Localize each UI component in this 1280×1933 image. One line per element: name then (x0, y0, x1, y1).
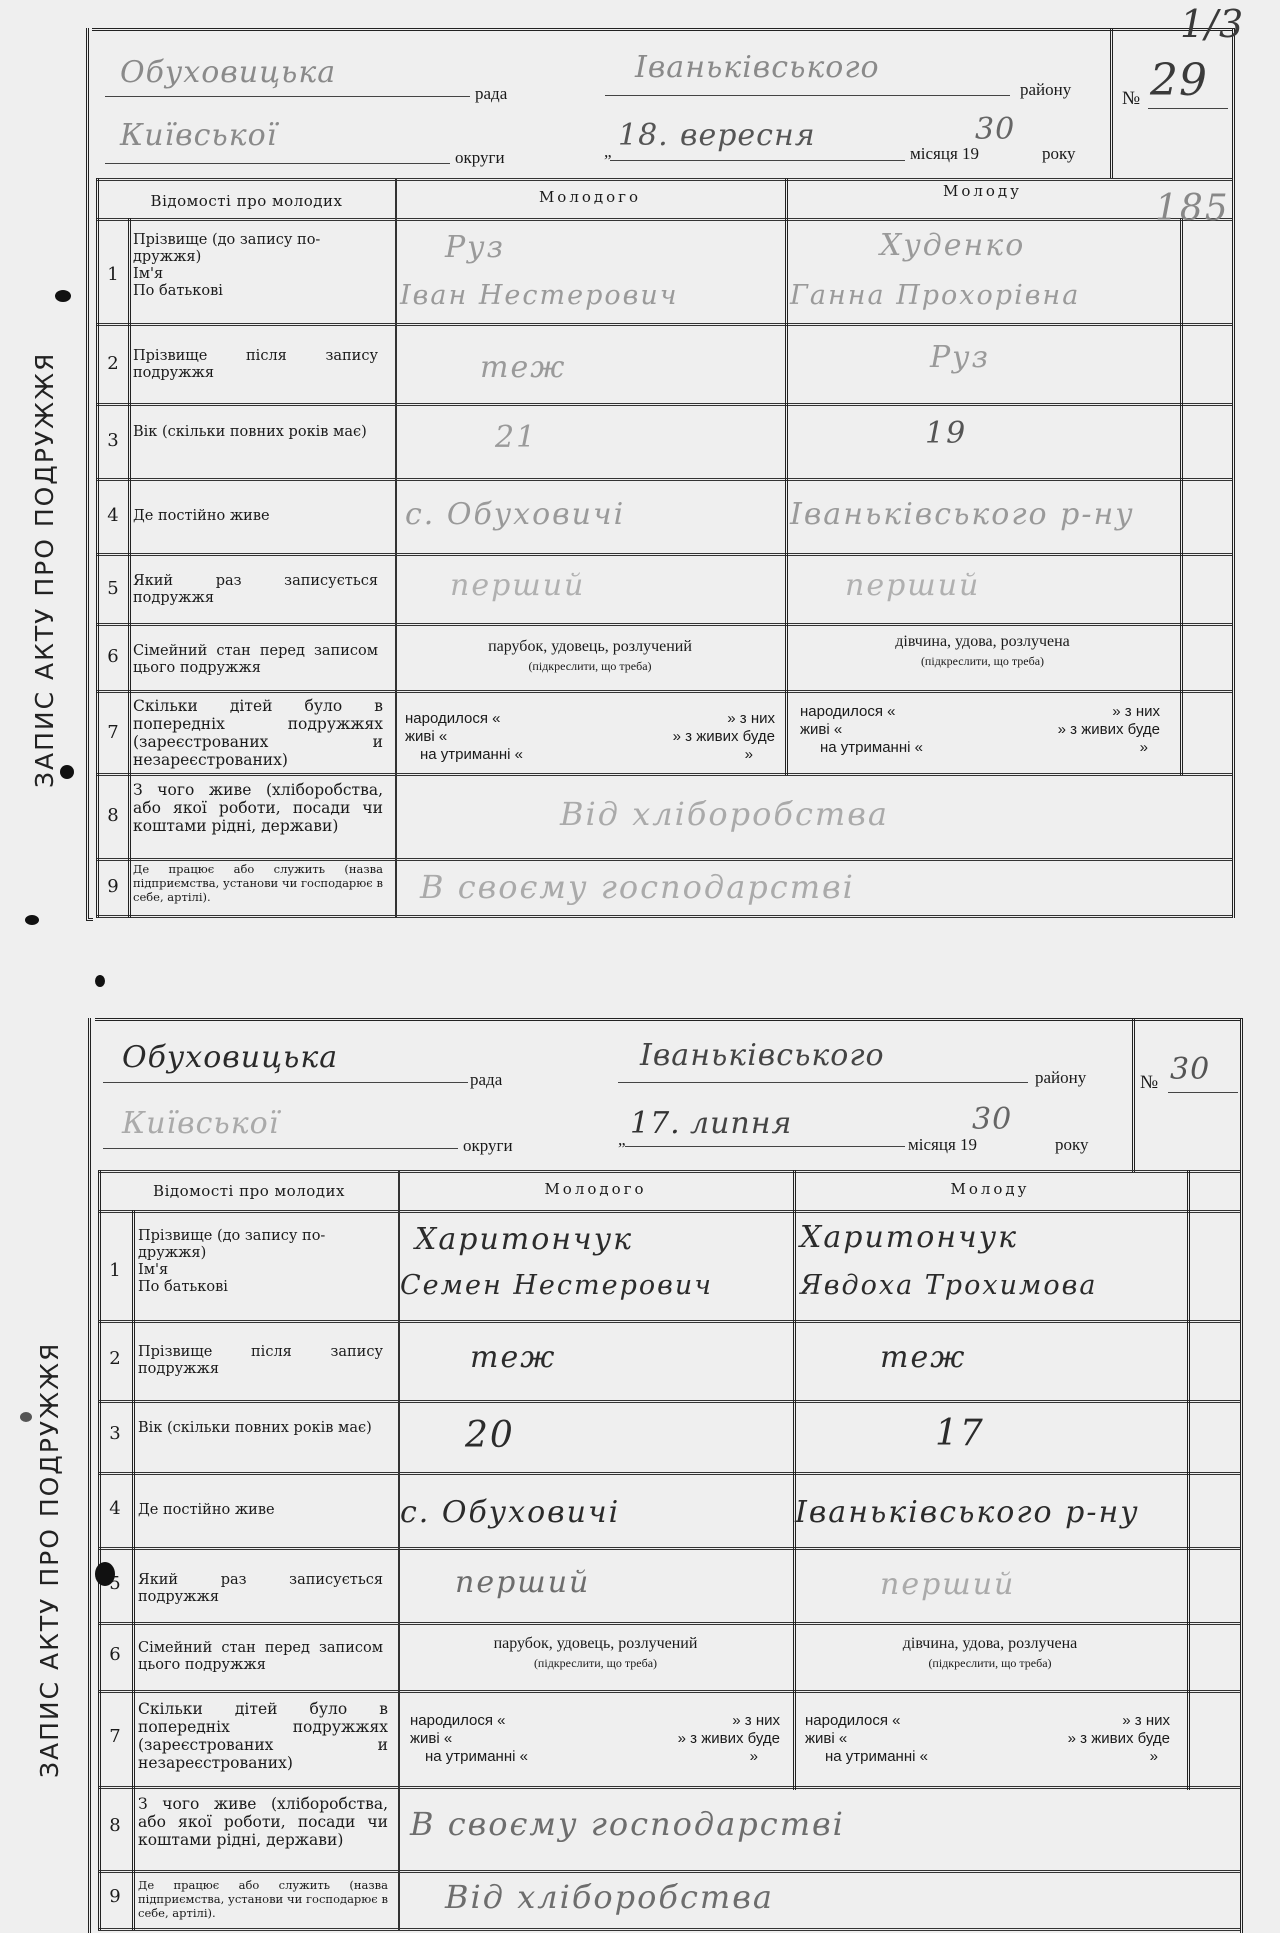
row-index: 9 (98, 876, 128, 897)
rule (98, 1690, 1240, 1693)
rule (96, 773, 1232, 776)
row-label-workplace: Де працює або служить (назва підприємств… (133, 862, 383, 904)
month-value: липня (690, 1106, 792, 1141)
corner-mark: 1/3 (1180, 2, 1244, 46)
underline (605, 95, 1010, 96)
groom-residence: с. Обуховичі (405, 497, 625, 532)
row-label-residence: Де постійно живе (138, 1502, 383, 1519)
district-value: Іваньківського (640, 1038, 885, 1073)
groom-age: 20 (465, 1415, 515, 1456)
misiatsia-label: місяця 19 (908, 1135, 977, 1155)
row-label-livelihood: З чого живе (хліборобства, або якої робо… (138, 1795, 388, 1849)
rule (98, 1210, 1240, 1213)
row-index: 9 (100, 1886, 130, 1907)
col-info-header: Відомості про молодих (100, 1182, 398, 1200)
ink-stain (60, 765, 74, 779)
rule (98, 1786, 1240, 1789)
rule (96, 858, 1232, 861)
day-value: 18. (618, 118, 669, 153)
col-groom-header: Молодого (395, 188, 785, 206)
rule (96, 218, 1232, 221)
divider (1187, 1170, 1190, 1790)
header-box (95, 1018, 1243, 1021)
row-label-surname-after: Прізвище після запису подружжя (133, 348, 378, 382)
divider (128, 218, 131, 918)
groom-residence: с. Обуховичі (400, 1495, 620, 1530)
record-number: 30 (1170, 1052, 1210, 1087)
region-value: Київської (120, 118, 277, 153)
row-label-surname-name: Прізвище (до запису по-дружжя) Ім'яПо ба… (133, 232, 378, 300)
record-number: 29 (1150, 55, 1208, 106)
ink-stain (25, 915, 39, 925)
side-title: ЗАПИС АКТУ ПРО ПОДРУЖЖЯ (35, 1210, 75, 1910)
col-info-header: Відомості про молодих (98, 192, 395, 210)
rule (98, 1870, 1240, 1873)
side-frame (88, 1018, 95, 1933)
groom-name: Семен Нестерович (400, 1270, 713, 1301)
okruhy-label: округи (463, 1136, 513, 1156)
rule (96, 690, 1232, 693)
row-label-livelihood: З чого живе (хліборобства, або якої робо… (133, 781, 383, 835)
bride-name: Ганна Прохорівна (790, 280, 1080, 311)
rule (98, 1622, 1240, 1625)
livelihood-value: Від хліборобства (560, 795, 889, 833)
row-label-marital-status: Сімейний стан перед записом цього подруж… (133, 643, 378, 677)
header-box (92, 28, 1235, 31)
rule (98, 1472, 1240, 1475)
row-index: 1 (100, 1260, 130, 1281)
okruhy-label: округи (455, 148, 505, 168)
council-value: Обуховицька (122, 1040, 338, 1075)
margin-mark: 185 (1155, 188, 1230, 229)
livelihood-value: В своєму господарстві (410, 1805, 845, 1843)
divider (793, 1170, 796, 1790)
bride-age: 17 (935, 1413, 985, 1454)
bride-surname: Худенко (880, 228, 1025, 263)
groom-marital-options: парубок, удовець, розлучений(підкреслити… (395, 638, 785, 674)
bride-marital-options: дівчина, удова, розлучена(підкреслити, щ… (793, 1635, 1187, 1671)
row-label-times-married: Який раз записується подружжя (138, 1572, 383, 1606)
row-index: 8 (98, 805, 128, 826)
row-index: 4 (98, 505, 128, 526)
roku-label: року (1042, 144, 1076, 164)
raionu-label: району (1020, 80, 1071, 100)
marriage-record-30: ЗАПИС АКТУ ПРО ПОДРУЖЖЯ Обуховицька рада… (0, 1010, 1280, 1933)
bride-surname-after: теж (880, 1340, 966, 1375)
rule (96, 478, 1232, 481)
groom-surname: Харитончук (415, 1222, 633, 1257)
row-label-children: Скільки дітей було в попередніх подружжя… (133, 697, 383, 769)
rule (96, 178, 1232, 181)
rule (96, 553, 1232, 556)
row-label-age: Вік (скільки повних років має) (138, 1420, 383, 1437)
side-title: ЗАПИС АКТУ ПРО ПОДРУЖЖЯ (30, 200, 70, 940)
row-label-workplace: Де працює або служить (назва підприємств… (138, 1878, 388, 1920)
rule (98, 1547, 1240, 1550)
groom-times-married: перший (450, 568, 585, 603)
underline (625, 1146, 905, 1147)
groom-surname: Руз (445, 230, 505, 265)
row-index: 7 (98, 722, 128, 743)
row-index: 6 (100, 1644, 130, 1665)
month-value: вересня (680, 118, 816, 153)
bride-times-married: перший (880, 1567, 1015, 1602)
groom-marital-options: парубок, удовець, розлучений(підкреслити… (398, 1635, 793, 1671)
rule (98, 1400, 1240, 1403)
groom-surname-after: теж (470, 1340, 556, 1375)
workplace-value: Від хліборобства (445, 1878, 774, 1916)
bride-times-married: перший (845, 568, 980, 603)
misiatsia-label: місяця 19 (910, 144, 979, 164)
year-value: 30 (972, 1102, 1012, 1137)
district-value: Іваньківського (635, 50, 880, 85)
row-label-surname-after: Прізвище після запису подружжя (138, 1344, 383, 1378)
rada-label: рада (470, 1070, 502, 1090)
row-index: 3 (100, 1423, 130, 1444)
ink-stain (95, 975, 105, 987)
row-index: 5 (98, 578, 128, 599)
underline (610, 160, 905, 161)
rule (98, 1170, 1240, 1173)
raionu-label: району (1035, 1068, 1086, 1088)
row-label-surname-name: Прізвище (до запису по-дружжя) Ім'яПо ба… (138, 1228, 383, 1296)
row-label-marital-status: Сімейний стан перед записом цього подруж… (138, 1640, 383, 1674)
rada-label: рада (475, 84, 507, 104)
row-label-children: Скільки дітей було в попередніх подружжя… (138, 1700, 388, 1772)
rule (96, 623, 1232, 626)
rule (96, 323, 1232, 326)
side-frame (86, 28, 93, 921)
bride-name: Явдоха Трохимова (800, 1270, 1097, 1301)
divider (132, 1210, 135, 1930)
workplace-value: В своєму господарстві (420, 868, 855, 906)
groom-children: народилося «» з них живі «» з живих буде… (410, 1712, 780, 1766)
divider (1132, 1018, 1135, 1173)
row-index: 3 (98, 430, 128, 451)
number-label: № (1140, 1072, 1158, 1094)
groom-name: Іван Нестерович (400, 280, 679, 311)
council-value: Обуховицька (120, 55, 336, 90)
number-label: № (1122, 88, 1140, 110)
divider (1180, 218, 1183, 775)
divider (395, 178, 397, 918)
divider (1240, 1018, 1243, 1933)
bride-children: народилося «» з них живі «» з живих буде… (800, 703, 1160, 757)
quote-mark: „ (604, 142, 612, 162)
underline (1168, 1092, 1238, 1093)
underline (103, 1148, 458, 1149)
underline (105, 96, 470, 97)
divider (1110, 28, 1113, 178)
marriage-record-29: ЗАПИС АКТУ ПРО ПОДРУЖЖЯ Обуховицька рада… (0, 0, 1280, 960)
ink-stain (20, 1412, 32, 1422)
bride-age: 19 (925, 416, 967, 451)
year-value: 30 (975, 112, 1015, 147)
rule (98, 1320, 1240, 1323)
bride-residence: Іваньківського р-ну (795, 1495, 1140, 1530)
ink-stain (55, 290, 71, 302)
bride-residence: Іваньківського р-ну (790, 497, 1135, 532)
region-value: Київської (122, 1106, 279, 1141)
row-index: 1 (98, 264, 128, 285)
rule (96, 403, 1232, 406)
underline (103, 1082, 468, 1083)
row-index: 8 (100, 1815, 130, 1836)
row-index: 4 (100, 1498, 130, 1519)
underline (618, 1082, 1028, 1083)
rule (98, 1928, 1240, 1931)
underline (1148, 108, 1228, 109)
groom-times-married: перший (455, 1565, 590, 1600)
row-index: 7 (100, 1726, 130, 1747)
row-label-age: Вік (скільки повних років має) (133, 424, 378, 441)
day-value: 17. (630, 1106, 681, 1141)
roku-label: року (1055, 1135, 1089, 1155)
quote-mark: „ (618, 1130, 626, 1150)
bride-surname: Харитончук (800, 1220, 1018, 1255)
row-index: 2 (98, 353, 128, 374)
ink-stain (95, 1562, 115, 1586)
row-label-residence: Де постійно живе (133, 508, 378, 525)
col-bride-header: Молоду (793, 1180, 1187, 1198)
row-label-times-married: Який раз записується подружжя (133, 573, 378, 607)
groom-age: 21 (495, 420, 537, 455)
col-groom-header: Молодого (398, 1180, 793, 1198)
bride-children: народилося «» з них живі «» з живих буде… (805, 1712, 1170, 1766)
row-index: 6 (98, 646, 128, 667)
rule (96, 915, 1232, 918)
groom-surname-after: теж (480, 350, 566, 385)
divider (785, 178, 788, 775)
groom-children: народилося «» з них живі «» з живих буде… (405, 710, 775, 764)
bride-marital-options: дівчина, удова, розлучена(підкреслити, щ… (785, 633, 1180, 669)
divider (1232, 28, 1235, 918)
bride-surname-after: Руз (930, 340, 990, 375)
col-bride-header: Молоду (785, 182, 1180, 200)
row-index: 2 (100, 1348, 130, 1369)
underline (105, 163, 450, 164)
